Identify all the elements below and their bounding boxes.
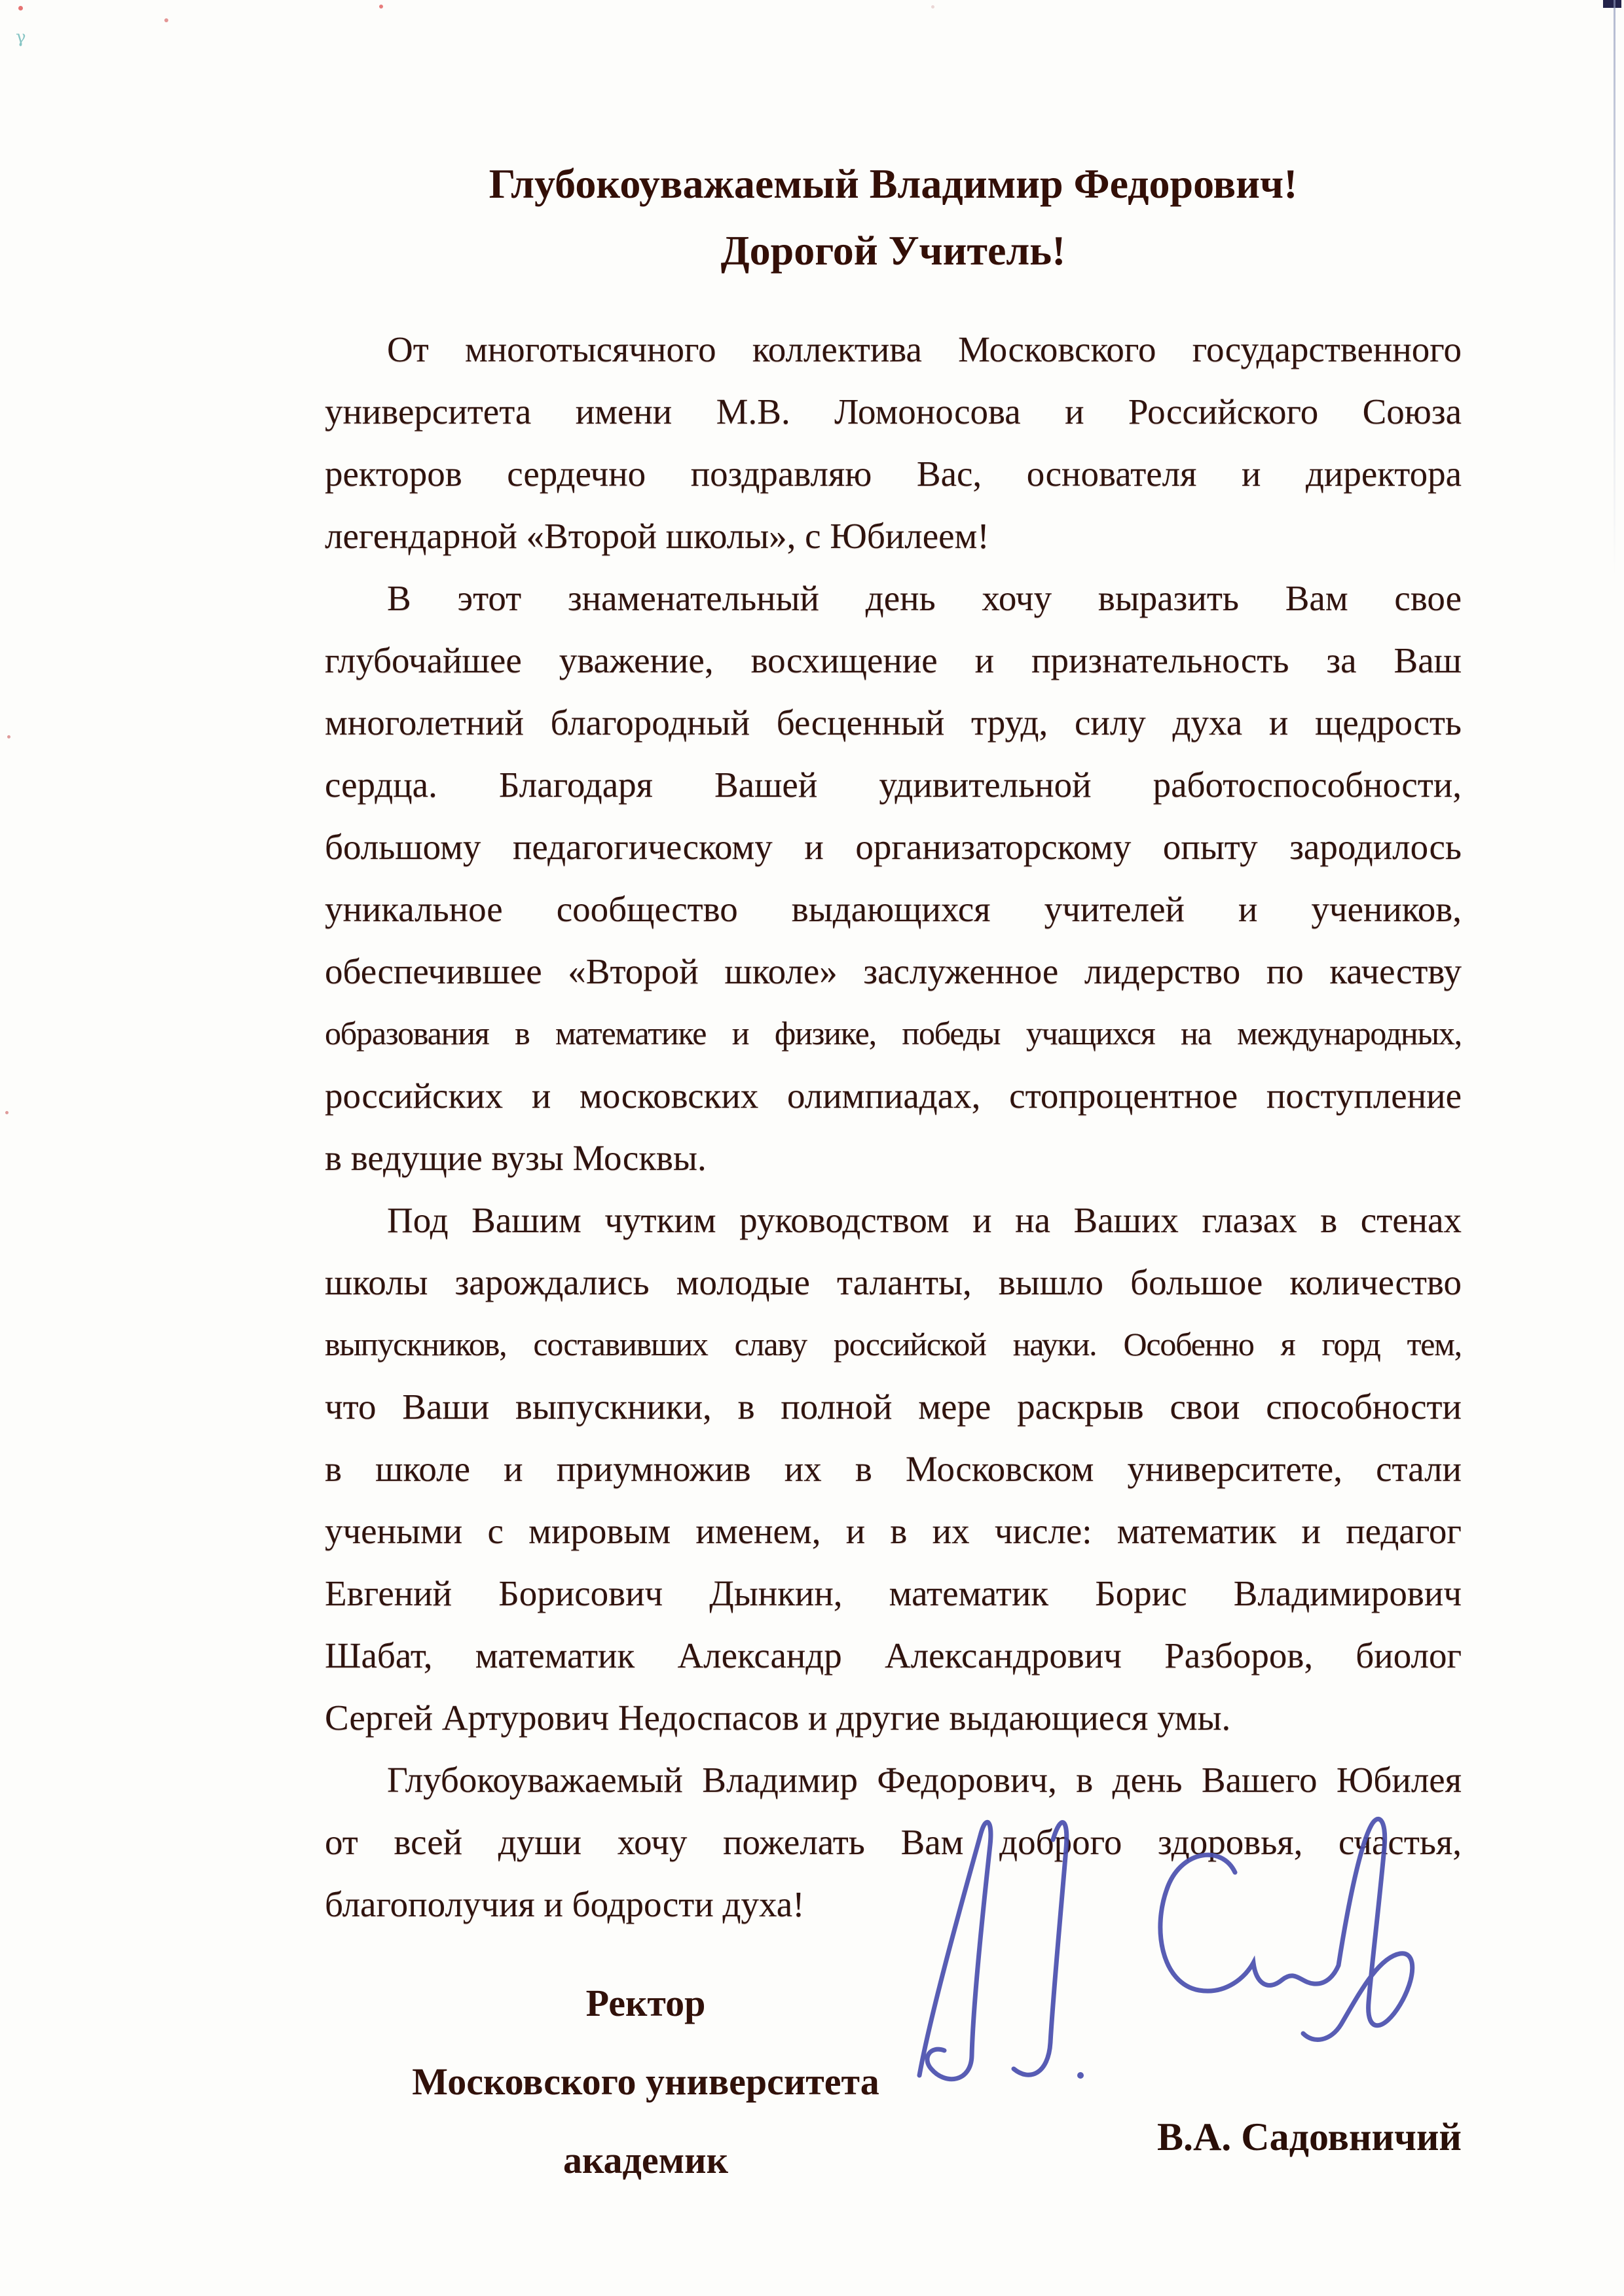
letter-line: ректоров сердечно поздравляю Вас, основа… <box>325 443 1462 505</box>
scan-speck <box>18 6 23 10</box>
letter-line: что Ваши выпускники, в полной мере раскр… <box>325 1376 1462 1438</box>
letter-line: выпускников, составивших славу российско… <box>325 1313 1462 1376</box>
scan-ink-mark: γ <box>16 27 26 47</box>
letter-salutation-line-1: Глубокоуважаемый Владимир Федорович! <box>325 151 1462 217</box>
scan-edge-artifact <box>1603 0 1621 8</box>
letter-salutation-line-2: Дорогой Учитель! <box>325 217 1462 284</box>
letter-line: университета имени М.В. Ломоносова и Рос… <box>325 380 1462 443</box>
scan-speck <box>379 5 383 9</box>
scan-speck <box>164 18 168 22</box>
scan-speck <box>5 1111 9 1114</box>
letter-line: От многотысячного коллектива Московского… <box>325 318 1462 380</box>
letter-line: Сергей Артурович Недоспасов и другие выд… <box>325 1686 1462 1749</box>
letter-line: уникальное сообщество выдающихся учителе… <box>325 878 1462 940</box>
letter-line: В этот знаменательный день хочу выразить… <box>325 567 1462 629</box>
scan-speck <box>7 735 10 738</box>
letter-line: сердца. Благодаря Вашей удивительной раб… <box>325 754 1462 816</box>
scan-edge-artifact <box>1614 0 1615 576</box>
scan-speck <box>931 5 934 9</box>
letter-line: в школе и приумножив их в Московском уни… <box>325 1438 1462 1500</box>
letter-line: Под Вашим чутким руководством и на Ваших… <box>325 1189 1462 1251</box>
signer-name: В.А. Садовничий <box>1157 2115 1462 2160</box>
handwritten-signature-icon <box>868 1791 1458 2092</box>
signer-title-line: академик <box>325 2121 967 2200</box>
letter-line: образования в математике и физике, побед… <box>325 1002 1462 1065</box>
letter-line: многолетний благородный бесценный труд, … <box>325 691 1462 754</box>
letter-line: Евгений Борисович Дынкин, математик Бори… <box>325 1562 1462 1624</box>
paragraph-2: В этот знаменательный день хочу выразить… <box>325 567 1462 1189</box>
letter-line: легендарной «Второй школы», с Юбилеем! <box>325 505 1462 567</box>
paragraph-1: От многотысячного коллектива Московского… <box>325 318 1462 567</box>
letter-line: большому педагогическому и организаторск… <box>325 816 1462 878</box>
letter-body: Глубокоуважаемый Владимир Федорович! Дор… <box>325 151 1462 1935</box>
letter-line: обеспечившее «Второй школе» заслуженное … <box>325 940 1462 1002</box>
letter-line: в ведущие вузы Москвы. <box>325 1127 1462 1189</box>
letter-line: школы зарождались молодые таланты, вышло… <box>325 1251 1462 1313</box>
letter-line: Шабат, математик Александр Александрович… <box>325 1624 1462 1686</box>
letter-line: учеными с мировым именем, и в их числе: … <box>325 1500 1462 1562</box>
letter-line: глубочайшее уважение, восхищение и призн… <box>325 629 1462 691</box>
signature-block: Ректор Московского университета академик… <box>325 1931 1462 2285</box>
letter-line: российских и московских олимпиадах, стоп… <box>325 1065 1462 1127</box>
scanned-letter-page: Глубокоуважаемый Владимир Федорович! Дор… <box>0 0 1624 2296</box>
paragraph-3: Под Вашим чутким руководством и на Ваших… <box>325 1189 1462 1749</box>
